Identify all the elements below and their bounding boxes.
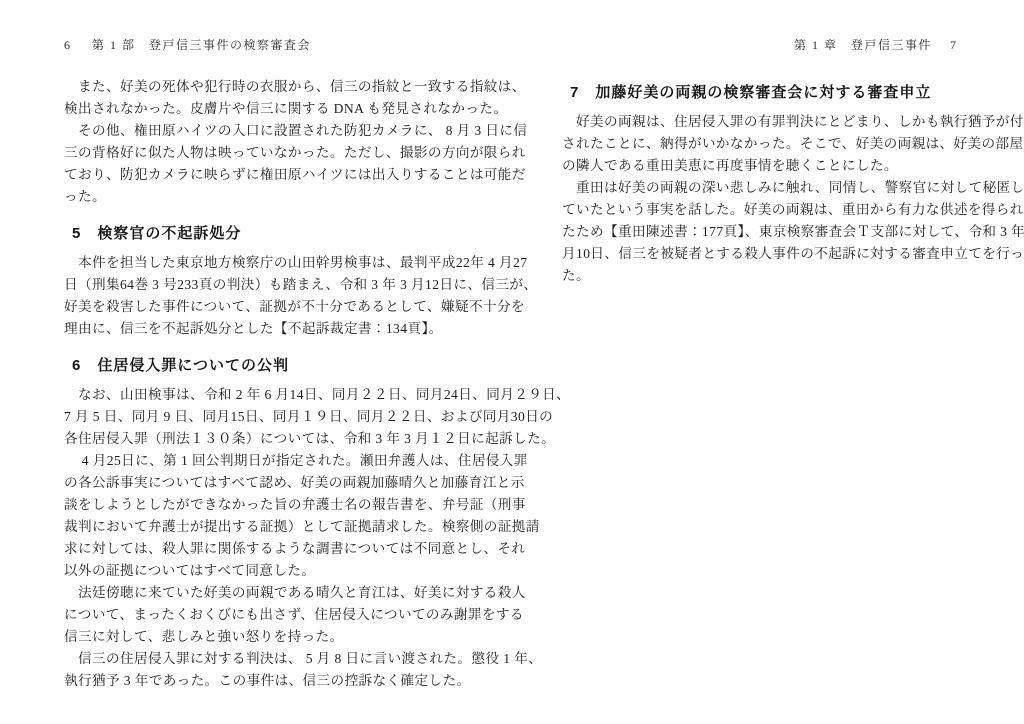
text-line: たため【重田陳述書：177頁】、東京検察審査会Ｔ支部に対して、令和 3 年 6 [562, 221, 1004, 243]
text-line: 三の背格好に似た人物は映っていなかった。ただし、撮影の方向が限られ [64, 142, 506, 164]
page-body-right: 7 加藤好美の両親の検察審査会に対する審査申立 好美の両親は、住居侵入罪の有罪判… [562, 58, 1004, 287]
text-line: されたことに、納得がいかなかった。そこで、好美の両親は、好美の部屋 [562, 133, 1004, 155]
text-line: 執行猶予 3 年であった。この事件は、信三の控訴なく確定した。 [64, 670, 506, 692]
text-line: 4 月25日に、第 1 回公判期日が指定された。瀬田弁護人は、住居侵入罪 [64, 450, 506, 472]
running-title-right: 第 1 章 登戸信三事件 [794, 36, 932, 53]
text-line: ていたという事実を話した。好美の両親は、重田から有力な供述を得られ [562, 199, 1004, 221]
section-heading: 5 検察官の不起訴処分 [72, 223, 506, 245]
paragraph: 4 月25日に、第 1 回公判期日が指定された。瀬田弁護人は、住居侵入罪の各公訴… [64, 450, 506, 582]
text-line: 理由に、信三を不起訴処分とした【不起訴裁定書：134頁】。 [64, 318, 506, 340]
text-line: 日（刑集64巻 3 号233頁の判決）も踏まえ、令和 3 年 3 月12日に、信… [64, 274, 506, 296]
text-line: 法廷傍聴に来ていた好美の両親である晴久と育江は、好美に対する殺人 [64, 582, 506, 604]
text-line: 裁判において弁護士が提出する証拠）として証拠請求した。検察側の証拠請 [64, 516, 506, 538]
paragraph: 本件を担当した東京地方検察庁の山田幹男検事は、最判平成22年 4 月27日（刑集… [64, 252, 506, 340]
paragraph: また、好美の死体や犯行時の衣服から、信三の指紋と一致する指紋は、検出されなかった… [64, 76, 506, 120]
section-heading: 7 加藤好美の両親の検察審査会に対する審査申立 [570, 82, 1004, 104]
text-line: 好美の両親は、住居侵入罪の有罪判決にとどまり、しかも執行猶予が付 [562, 111, 1004, 133]
text-line: 月10日、信三を被疑者とする殺人事件の不起訴に対する審査申立てを行っ [562, 243, 1004, 265]
text-line: なお、山田検事は、令和 2 年 6 月14日、同月２２日、同月24日、同月２９日… [64, 384, 506, 406]
text-line: その他、権田原ハイツの入口に設置された防犯カメラに、 8 月 3 日に信 [64, 120, 506, 142]
page-left: 6 第 1 部 登戸信三事件の検察審査会 また、好美の死体や犯行時の衣服から、信… [64, 36, 506, 692]
text-line: の各公訴事実についてはすべて認め、好美の両親加藤晴久と加藤育江と示 [64, 472, 506, 494]
running-head-left: 6 第 1 部 登戸信三事件の検察審査会 [64, 36, 506, 58]
text-line: ており、防犯カメラに映らずに権田原ハイツには出入りすることは可能だ [64, 164, 506, 186]
paragraph: なお、山田検事は、令和 2 年 6 月14日、同月２２日、同月24日、同月２９日… [64, 384, 506, 450]
paragraph: その他、権田原ハイツの入口に設置された防犯カメラに、 8 月 3 日に信三の背格… [64, 120, 506, 208]
text-line: った。 [64, 186, 506, 208]
text-line: 以外の証拠についてはすべて同意した。 [64, 560, 506, 582]
text-line: また、好美の死体や犯行時の衣服から、信三の指紋と一致する指紋は、 [64, 76, 506, 98]
page-number-left: 6 [64, 38, 70, 53]
paragraph: 好美の両親は、住居侵入罪の有罪判決にとどまり、しかも執行猶予が付されたことに、納… [562, 111, 1004, 177]
paragraph: 法廷傍聴に来ていた好美の両親である晴久と育江は、好美に対する殺人について、まった… [64, 582, 506, 648]
text-line: 信三の住居侵入罪に対する判決は、 5 月 8 日に言い渡された。懲役 1 年、 [64, 648, 506, 670]
text-line: 7 月 5 日、同月 9 日、同月15日、同月１９日、同月２２日、および同月30… [64, 406, 506, 428]
page-body-left: また、好美の死体や犯行時の衣服から、信三の指紋と一致する指紋は、検出されなかった… [64, 58, 506, 692]
text-line: 重田は好美の両親の深い悲しみに触れ、同情し、警察官に対して秘匿し [562, 177, 1004, 199]
running-head-right: 第 1 章 登戸信三事件 7 [562, 36, 1004, 58]
text-line: 求に対しては、殺人罪に関係するような調書については不同意とし、それ [64, 538, 506, 560]
text-line: 本件を担当した東京地方検察庁の山田幹男検事は、最判平成22年 4 月27 [64, 252, 506, 274]
book-spread: 6 第 1 部 登戸信三事件の検察審査会 また、好美の死体や犯行時の衣服から、信… [0, 0, 1024, 724]
paragraph: 重田は好美の両親の深い悲しみに触れ、同情し、警察官に対して秘匿していたという事実… [562, 177, 1004, 287]
text-line: 好美を殺害した事件について、証拠が不十分であるとして、嫌疑不十分を [64, 296, 506, 318]
text-line: 信三に対して、悲しみと強い怒りを持った。 [64, 626, 506, 648]
page-right: 第 1 章 登戸信三事件 7 7 加藤好美の両親の検察審査会に対する審査申立 好… [562, 36, 1004, 287]
text-line: 検出されなかった。皮膚片や信三に関する DNA も発見されなかった。 [64, 98, 506, 120]
text-line: の隣人である重田美恵に再度事情を聴くことにした。 [562, 155, 1004, 177]
text-line: 各住居侵入罪（刑法１３０条）については、令和 3 年 3 月１２日に起訴した。 [64, 428, 506, 450]
page-number-right: 7 [950, 38, 956, 53]
text-line: について、まったくおくびにも出さず、住居侵入についてのみ謝罪をする [64, 604, 506, 626]
running-title-left: 第 1 部 登戸信三事件の検察審査会 [92, 36, 311, 53]
paragraph: 信三の住居侵入罪に対する判決は、 5 月 8 日に言い渡された。懲役 1 年、執… [64, 648, 506, 692]
section-heading: 6 住居侵入罪についての公判 [72, 355, 506, 377]
text-line: た。 [562, 265, 1004, 287]
text-line: 談をしようとしたができなかった旨の弁護士名の報告書を、弁号証（刑事 [64, 494, 506, 516]
